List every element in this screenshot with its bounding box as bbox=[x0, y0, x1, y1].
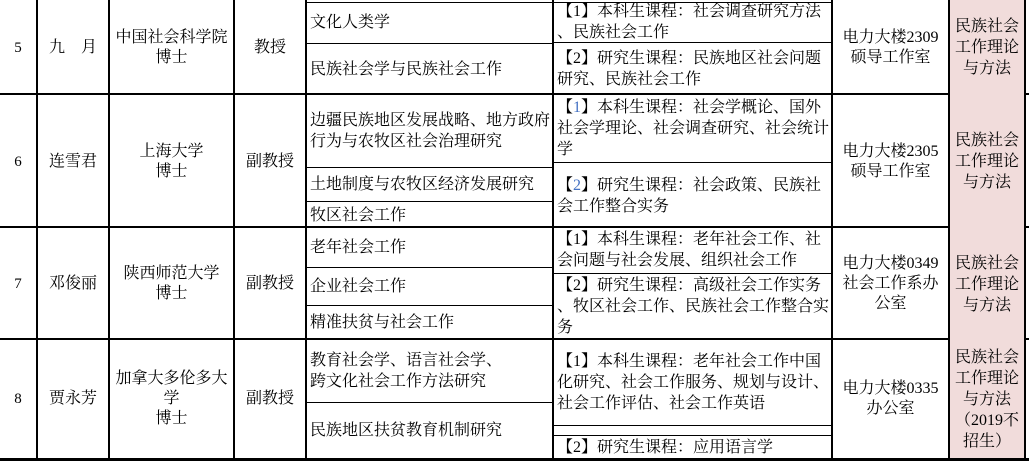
courses-column: 【1】本科生课程：老年社会工作、社 会问题与社会发展、组织社会工作【2】研究生课… bbox=[554, 228, 833, 340]
course-text: 本科生课程：社会学概论、国外 社会学理论、社会调查研究、社会统计 学 bbox=[557, 99, 829, 158]
row-number-cell: 6 bbox=[0, 95, 38, 228]
title-cell: 副教授 bbox=[235, 228, 307, 340]
course-cell: 【1】本科生课程：社会学概论、国外 社会学理论、社会调查研究、社会统计 学 bbox=[554, 95, 831, 163]
title-cell: 副教授 bbox=[235, 95, 307, 228]
research-area-cell: 民族地区扶贫教育机制研究 bbox=[307, 403, 552, 458]
bracket-close: 】 bbox=[581, 99, 597, 116]
faculty-table-screenshot: 5九 月中国社会科学院 博士教授文化人类学民族社会学与民族社会工作【1】本科生课… bbox=[0, 0, 1029, 465]
research-area-cell: 文化人类学 bbox=[307, 3, 552, 44]
research-area-cell: 牧区社会工作 bbox=[307, 202, 552, 228]
title-cell: 教授 bbox=[235, 0, 307, 95]
course-number: 1 bbox=[573, 353, 581, 370]
bracket-close: 】 bbox=[581, 353, 597, 370]
course-number: 2 bbox=[573, 177, 581, 194]
courses-column: 【1】本科生课程：社会调查研究方法 、民族社会工作【2】研究生课程：民族地区社会… bbox=[554, 0, 833, 95]
research-area-cell: 精准扶贫与社会工作 bbox=[307, 306, 552, 340]
table-row: 5九 月中国社会科学院 博士教授文化人类学民族社会学与民族社会工作【1】本科生课… bbox=[0, 0, 1029, 95]
faculty-table: 5九 月中国社会科学院 博士教授文化人类学民族社会学与民族社会工作【1】本科生课… bbox=[0, 0, 1029, 461]
research-area-cell: 企业社会工作 bbox=[307, 268, 552, 305]
research-areas-column: 老年社会工作企业社会工作精准扶贫与社会工作 bbox=[307, 228, 554, 340]
bracket-open: 【 bbox=[557, 50, 573, 67]
bracket-close: 】 bbox=[581, 177, 597, 194]
office-cell: 电力大楼2305 硕导工作室 bbox=[833, 95, 950, 228]
bracket-open: 【 bbox=[557, 277, 573, 294]
bracket-close: 】 bbox=[581, 439, 597, 456]
course-number: 1 bbox=[573, 99, 581, 116]
category-cell: 民族社会 工作理论 与方法 bbox=[950, 228, 1026, 340]
bracket-open: 【 bbox=[557, 353, 573, 370]
title-cell: 副教授 bbox=[235, 340, 307, 458]
research-areas-column: 文化人类学民族社会学与民族社会工作 bbox=[307, 0, 554, 95]
course-cell: 【2】研究生课程：民族地区社会问题 研究、民族社会工作 bbox=[554, 43, 831, 95]
bracket-open: 【 bbox=[557, 99, 573, 116]
course-text: 研究生课程：民族地区社会问题 研究、民族社会工作 bbox=[557, 50, 821, 88]
name-cell: 九 月 bbox=[38, 0, 110, 95]
bracket-close: 】 bbox=[581, 3, 597, 20]
table-row: 8贾永芳加拿大多伦多大 学 博士副教授教育社会学、语言社会学、 跨文化社会工作方… bbox=[0, 340, 1029, 458]
course-number: 2 bbox=[573, 50, 581, 67]
degree-cell: 加拿大多伦多大 学 博士 bbox=[110, 340, 235, 458]
degree-cell: 中国社会科学院 博士 bbox=[110, 0, 235, 95]
course-cell: 【1】本科生课程：老年社会工作、社 会问题与社会发展、组织社会工作 bbox=[554, 228, 831, 274]
course-number: 2 bbox=[573, 439, 581, 456]
research-areas-column: 教育社会学、语言社会学、 跨文化社会工作方法研究民族地区扶贫教育机制研究 bbox=[307, 340, 554, 458]
course-text: 研究生课程：高级社会工作实务 、牧区社会工作、民族社会工作整合实 务 bbox=[557, 277, 829, 336]
course-text: 本科生课程：老年社会工作中国 化研究、社会工作服务、规划与设计、 社会工作评估、… bbox=[557, 353, 829, 412]
research-area-cell: 老年社会工作 bbox=[307, 228, 552, 268]
bracket-open: 【 bbox=[557, 439, 573, 456]
course-cell: 【2】研究生课程：社会政策、民族社 会工作整合实务 bbox=[554, 163, 831, 228]
bracket-close: 】 bbox=[581, 277, 597, 294]
name-cell: 连雪君 bbox=[38, 95, 110, 228]
course-text: 研究生课程：社会政策、民族社 会工作整合实务 bbox=[557, 177, 821, 215]
row-number-cell: 5 bbox=[0, 0, 38, 95]
research-area-cell: 教育社会学、语言社会学、 跨文化社会工作方法研究 bbox=[307, 340, 552, 403]
category-cell: 民族社会 工作理论 与方法 （2019不 招生） bbox=[950, 340, 1026, 458]
degree-cell: 上海大学 博士 bbox=[110, 95, 235, 228]
course-cell: 【2】研究生课程：高级社会工作实务 、牧区社会工作、民族社会工作整合实 务 bbox=[554, 274, 831, 340]
research-areas-column: 边疆民族地区发展战略、地方政府 行为与农牧区社会治理研究土地制度与农牧区经济发展… bbox=[307, 95, 554, 228]
course-number: 1 bbox=[573, 231, 581, 248]
course-number: 1 bbox=[573, 3, 581, 20]
table-row: 6连雪君上海大学 博士副教授边疆民族地区发展战略、地方政府 行为与农牧区社会治理… bbox=[0, 95, 1029, 228]
name-cell: 贾永芳 bbox=[38, 340, 110, 458]
category-cell: 民族社会 工作理论 与方法 bbox=[950, 95, 1026, 228]
bracket-close: 】 bbox=[581, 231, 597, 248]
office-cell: 电力大楼0349 社会工作系办 公室 bbox=[833, 228, 950, 340]
row-number-cell: 8 bbox=[0, 340, 38, 458]
course-cell: 【1】本科生课程：老年社会工作中国 化研究、社会工作服务、规划与设计、 社会工作… bbox=[554, 340, 831, 426]
bracket-open: 【 bbox=[557, 177, 573, 194]
research-area-cell: 民族社会学与民族社会工作 bbox=[307, 44, 552, 95]
table-row: 7邓俊丽陕西师范大学 博士副教授老年社会工作企业社会工作精准扶贫与社会工作【1】… bbox=[0, 228, 1029, 340]
office-cell: 电力大楼2309 硕导工作室 bbox=[833, 0, 950, 95]
office-cell: 电力大楼0335 办公室 bbox=[833, 340, 950, 458]
row-number-cell: 7 bbox=[0, 228, 38, 340]
course-text: 本科生课程：社会调查研究方法 、民族社会工作 bbox=[557, 3, 821, 41]
courses-column: 【1】本科生课程：社会学概论、国外 社会学理论、社会调查研究、社会统计 学【2】… bbox=[554, 95, 833, 228]
course-number: 2 bbox=[573, 277, 581, 294]
course-cell: 【1】本科生课程：社会调查研究方法 、民族社会工作 bbox=[554, 3, 831, 43]
research-area-cell: 土地制度与农牧区经济发展研究 bbox=[307, 168, 552, 202]
category-cell: 民族社会 工作理论 与方法 bbox=[950, 0, 1026, 95]
empty-cell bbox=[554, 426, 831, 437]
degree-cell: 陕西师范大学 博士 bbox=[110, 228, 235, 340]
research-area-cell: 边疆民族地区发展战略、地方政府 行为与农牧区社会治理研究 bbox=[307, 95, 552, 168]
bracket-close: 】 bbox=[581, 50, 597, 67]
bracket-open: 【 bbox=[557, 3, 573, 20]
name-cell: 邓俊丽 bbox=[38, 228, 110, 340]
courses-column: 【1】本科生课程：老年社会工作中国 化研究、社会工作服务、规划与设计、 社会工作… bbox=[554, 340, 833, 458]
course-text: 本科生课程：老年社会工作、社 会问题与社会发展、组织社会工作 bbox=[557, 231, 821, 269]
course-cell: 【2】研究生课程：应用语言学 bbox=[554, 436, 831, 458]
course-text: 研究生课程：应用语言学 bbox=[597, 439, 773, 456]
bracket-open: 【 bbox=[557, 231, 573, 248]
